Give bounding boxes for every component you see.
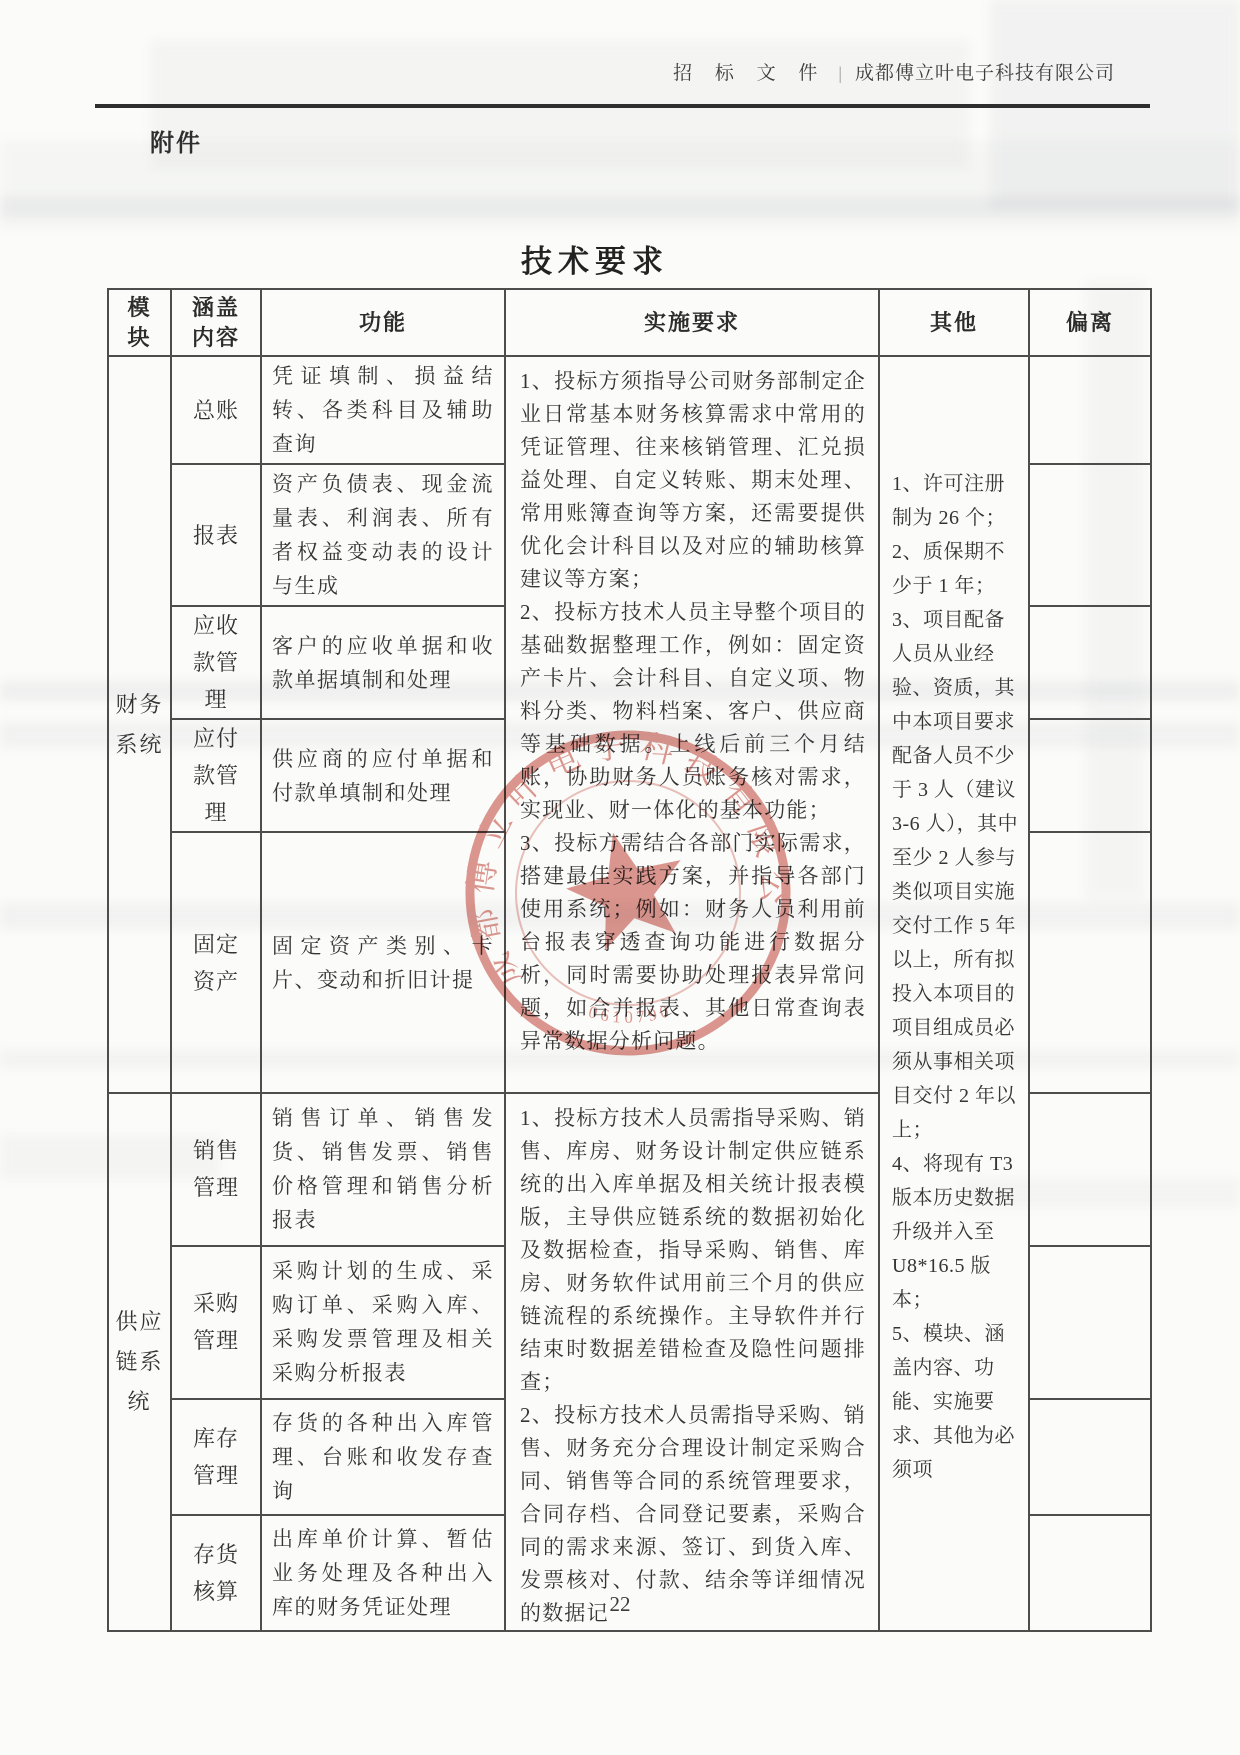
header-module: 模块 xyxy=(108,289,171,356)
other-item: 4、将现有 T3 版本历史数据升级并入至 U8*16.5 版本； xyxy=(892,1147,1020,1317)
company-name: 成都傅立叶电子科技有限公司 xyxy=(855,63,1115,84)
implementation-cell-supply-chain: 1、投标方技术人员需指导采购、销售、库房、财务设计制定供应链系统的出入库单据及相… xyxy=(505,1093,879,1631)
implementation-item: 2、投标方技术人员主导整个项目的基础数据整理工作，例如：固定资产卡片、会计科目、… xyxy=(520,596,866,827)
header-function: 功能 xyxy=(261,289,505,356)
deviation-cell xyxy=(1029,719,1151,832)
deviation-cell xyxy=(1029,1093,1151,1246)
requirements-table: 模块 涵盖内容 功能 实施要求 其他 偏离 财务系统 总账 凭证填制、损益结转、… xyxy=(107,288,1152,1632)
scope-cell: 报表 xyxy=(171,464,261,606)
other-item: 1、许可注册制为 26 个； xyxy=(892,467,1020,535)
module-cell-finance: 财务系统 xyxy=(108,356,171,1093)
doc-type-label: 招 标 文 件 xyxy=(673,63,826,84)
table-row: 财务系统 总账 凭证填制、损益结转、各类科目及辅助查询 1、投标方须指导公司财务… xyxy=(108,356,1151,464)
function-cell: 采购计划的生成、采购订单、采购入库、采购发票管理及相关采购分析报表 xyxy=(261,1246,505,1399)
table-header-row: 模块 涵盖内容 功能 实施要求 其他 偏离 xyxy=(108,289,1151,356)
function-cell: 固定资产类别、卡片、变动和折旧计提 xyxy=(261,832,505,1093)
header-rule xyxy=(95,104,1150,108)
deviation-cell xyxy=(1029,1246,1151,1399)
scope-cell: 库存管理 xyxy=(171,1399,261,1515)
header-implementation: 实施要求 xyxy=(505,289,879,356)
page-header: 招 标 文 件|成都傅立叶电子科技有限公司 xyxy=(673,58,1115,85)
deviation-cell xyxy=(1029,464,1151,606)
scope-cell: 总账 xyxy=(171,356,261,464)
page-title: 技术要求 xyxy=(0,236,1190,281)
function-cell: 供应商的应付单据和付款单填制和处理 xyxy=(261,719,505,832)
header-other: 其他 xyxy=(879,289,1029,356)
scanned-page: 招 标 文 件|成都傅立叶电子科技有限公司 附件 技术要求 模块 涵盖内容 功能… xyxy=(0,0,1240,1755)
implementation-item: 3、投标方需结合各部门实际需求，搭建最佳实践方案，并指导各部门使用系统；例如：财… xyxy=(520,827,866,1058)
deviation-cell xyxy=(1029,1399,1151,1515)
scope-cell: 应付款管理 xyxy=(171,719,261,832)
function-cell: 销售订单、销售发货、销售发票、销售价格管理和销售分析报表 xyxy=(261,1093,505,1246)
function-cell: 存货的各种出入库管理、台账和收发存查询 xyxy=(261,1399,505,1515)
scope-cell: 应收款管理 xyxy=(171,606,261,719)
other-cell: 1、许可注册制为 26 个； 2、质保期不少于 1 年； 3、项目配备人员从业经… xyxy=(879,356,1029,1631)
implementation-cell-finance: 1、投标方须指导公司财务部制定企业日常基本财务核算需求中常用的凭证管理、往来核销… xyxy=(505,356,879,1093)
header-divider: | xyxy=(838,63,843,83)
deviation-cell xyxy=(1029,356,1151,464)
deviation-cell xyxy=(1029,606,1151,719)
scan-artifact xyxy=(0,196,1240,218)
module-cell-supply-chain: 供应链系统 xyxy=(108,1093,171,1631)
scope-cell: 固定资产 xyxy=(171,832,261,1093)
other-item: 3、项目配备人员从业经验、资质，其中本项目要求配备人员不少于 3 人（建议 3-… xyxy=(892,603,1020,1147)
implementation-item: 1、投标方技术人员需指导采购、销售、库房、财务设计制定供应链系统的出入库单据及相… xyxy=(520,1102,866,1399)
other-item: 2、质保期不少于 1 年； xyxy=(892,535,1020,603)
attachment-label: 附件 xyxy=(150,123,202,158)
page-number: 22 xyxy=(0,1592,1240,1617)
implementation-item: 1、投标方须指导公司财务部制定企业日常基本财务核算需求中常用的凭证管理、往来核销… xyxy=(520,365,866,596)
header-scope: 涵盖内容 xyxy=(171,289,261,356)
scope-cell: 销售管理 xyxy=(171,1093,261,1246)
other-item: 5、模块、涵盖内容、功能、实施要求、其他为必须项 xyxy=(892,1317,1020,1487)
deviation-cell xyxy=(1029,832,1151,1093)
scope-cell: 采购管理 xyxy=(171,1246,261,1399)
function-cell: 凭证填制、损益结转、各类科目及辅助查询 xyxy=(261,356,505,464)
function-cell: 客户的应收单据和收款单据填制和处理 xyxy=(261,606,505,719)
header-deviation: 偏离 xyxy=(1029,289,1151,356)
function-cell: 资产负债表、现金流量表、利润表、所有者权益变动表的设计与生成 xyxy=(261,464,505,606)
